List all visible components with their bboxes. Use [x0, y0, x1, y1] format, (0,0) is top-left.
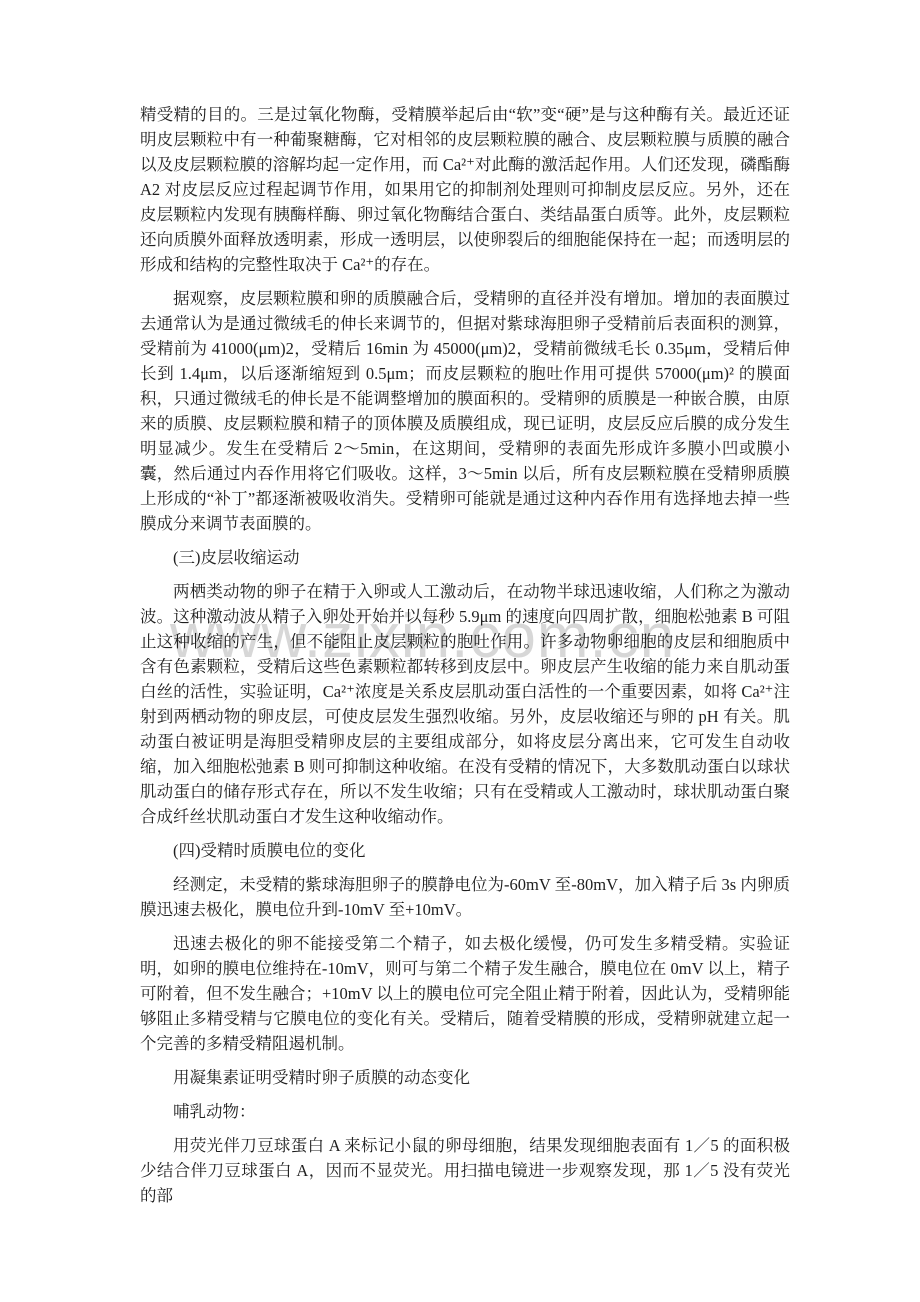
document-body: 精受精的目的。三是过氧化物酶，受精膜举起后由“软”变“硬”是与这种酶有关。最近还… — [140, 102, 790, 1217]
section-heading-membrane-potential: (四)受精时质膜电位的变化 — [140, 838, 790, 863]
subheading-mammals: 哺乳动物： — [140, 1099, 790, 1124]
paragraph-surface-membrane: 据观察，皮层颗粒膜和卵的质膜融合后，受精卵的直径并没有增加。增加的表面膜过去通常… — [140, 286, 790, 536]
paragraph-concanavalin-a: 用荧光伴刀豆球蛋白 A 来标记小鼠的卵母细胞，结果发现细胞表面有 1／5 的面积… — [140, 1133, 790, 1208]
paragraph-cortical-contraction: 两栖类动物的卵子在精于入卵或人工激动后，在动物半球迅速收缩，人们称之为激动波。这… — [140, 579, 790, 829]
subheading-lectin-proof: 用凝集素证明受精时卵子质膜的动态变化 — [140, 1065, 790, 1090]
paragraph-polyspermy-block: 迅速去极化的卵不能接受第二个精子，如去极化缓慢，仍可发生多精受精。实验证明，如卵… — [140, 931, 790, 1056]
document-page: www.zixin.com.cn 精受精的目的。三是过氧化物酶，受精膜举起后由“… — [0, 0, 920, 1302]
paragraph-resting-potential: 经测定，未受精的紫球海胆卵子的膜静电位为-60mV 至-80mV，加入精子后 3… — [140, 872, 790, 922]
section-heading-cortical-contraction: (三)皮层收缩运动 — [140, 545, 790, 570]
paragraph-continuation: 精受精的目的。三是过氧化物酶，受精膜举起后由“软”变“硬”是与这种酶有关。最近还… — [140, 102, 790, 277]
